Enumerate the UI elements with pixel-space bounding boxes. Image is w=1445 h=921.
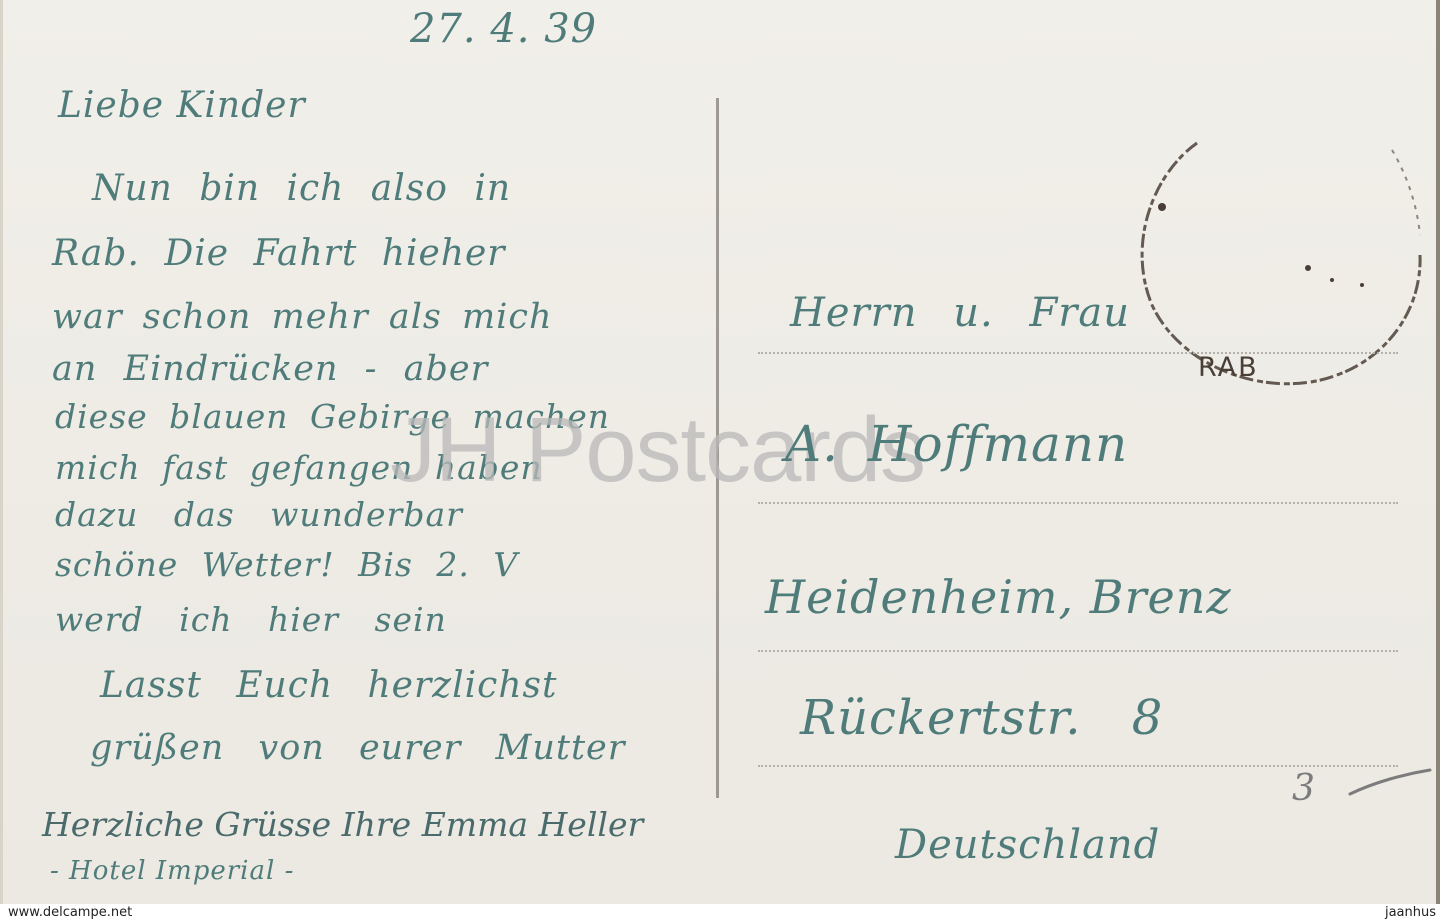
address-rule [758,352,1398,354]
address-line-4: Rückertstr. 8 [800,690,1163,746]
message-line: Nun bin ich also in [92,168,511,209]
message-greeting: Liebe Kinder [58,85,306,126]
message-line: werd ich hier sein [55,600,447,639]
address-rule [758,765,1398,767]
message-line: schöne Wetter! Bis 2. V [55,545,518,584]
image-credit-bar: www.delcampe.net jaanhus [0,904,1445,921]
postmark-icon [1122,135,1432,405]
handwritten-date: 27. 4. 39 [410,6,597,52]
message-line: grüßen von eurer Mutter [90,728,625,768]
message-line: Rab. Die Fahrt hieher [52,233,505,274]
address-country: Deutschland [895,822,1160,868]
source-credit: www.delcampe.net [8,905,132,920]
pencil-mark: 3 [1292,768,1316,809]
message-line: an Eindrücken - aber [52,349,488,389]
address-line-3: Heidenheim, Brenz [765,570,1232,624]
pencil-stroke-icon [1345,762,1435,802]
address-line-1: Herrn u. Frau [790,290,1130,336]
card-right-edge [1436,0,1440,904]
address-line-2: A. Hoffmann [785,415,1128,473]
signature-line: Herzliche Grüsse Ihre Emma Heller [42,805,643,844]
hotel-line: - Hotel Imperial - [50,856,294,886]
postcard-back: 27. 4. 39 Liebe Kinder Nun bin ich also … [0,0,1440,904]
address-rule [758,650,1398,652]
postmark-text: RAB [1198,352,1259,383]
card-left-edge [0,0,3,904]
address-rule [758,502,1398,504]
message-line: war schon mehr als mich [52,297,553,337]
message-line: Lasst Euch herzlichst [100,665,557,706]
seller-credit: jaanhus [1385,905,1436,920]
